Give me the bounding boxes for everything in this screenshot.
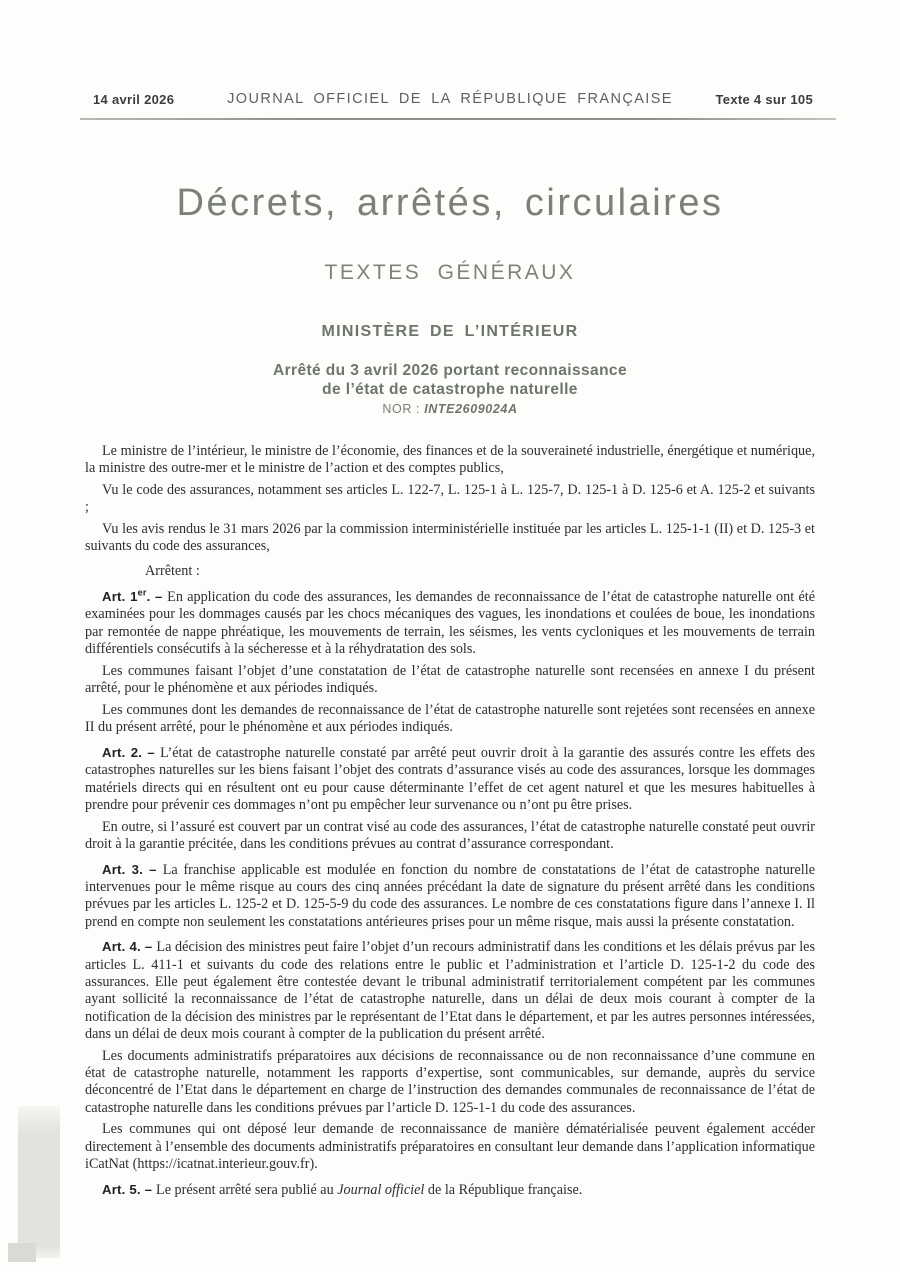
nor-line: NOR : INTE2609024A [0, 402, 900, 416]
act-title-line2: de l’état de catastrophe naturelle [322, 381, 578, 398]
ministry-title: MINISTÈRE DE L’INTÉRIEUR [0, 323, 900, 341]
article-2-label: Art. 2. – [102, 745, 160, 760]
header-texte-number: Texte 4 sur 105 [716, 92, 813, 107]
act-title-line1: Arrêté du 3 avril 2026 portant reconnais… [273, 362, 627, 379]
visa-code-assurances: Vu le code des assurances, notamment ses… [85, 482, 815, 517]
article-5: Art. 5. – Le présent arrêté sera publié … [85, 1181, 815, 1199]
article-2-al2: En outre, si l’assuré est couvert par un… [85, 819, 815, 854]
article-4-al2: Les documents administratifs préparatoir… [85, 1048, 815, 1117]
header-rule [80, 118, 836, 120]
section-title: TEXTES GÉNÉRAUX [0, 261, 900, 285]
article-4: Art. 4. – La décision des ministres peut… [85, 938, 815, 1043]
enacting-formula: Arrêtent : [85, 563, 815, 580]
article-4-al3: Les communes qui ont déposé leur demande… [85, 1121, 815, 1173]
scan-artifact-square [8, 1243, 36, 1262]
article-3-label: Art. 3. – [102, 862, 163, 877]
scan-artifact-strip [18, 1106, 60, 1258]
article-4-label: Art. 4. – [102, 939, 156, 954]
preamble-ministers: Le ministre de l’intérieur, le ministre … [85, 443, 815, 478]
document-body: Le ministre de l’intérieur, le ministre … [85, 438, 815, 1199]
article-1-label: Art. 1er. – [102, 589, 167, 604]
act-title: Arrêté du 3 avril 2026 portant reconnais… [0, 361, 900, 399]
article-1-al3: Les communes dont les demandes de reconn… [85, 702, 815, 737]
article-3: Art. 3. – La franchise applicable est mo… [85, 861, 815, 931]
visa-avis-commission: Vu les avis rendus le 31 mars 2026 par l… [85, 521, 815, 556]
nor-value: INTE2609024A [424, 402, 517, 416]
article-1: Art. 1er. – En application du code des a… [85, 588, 815, 658]
document-title: Décrets, arrêtés, circulaires [0, 182, 900, 225]
article-1-al2: Les communes faisant l’objet d’une const… [85, 663, 815, 698]
article-2: Art. 2. – L’état de catastrophe naturell… [85, 744, 815, 814]
nor-label: NOR : [382, 402, 420, 416]
article-5-label: Art. 5. – [102, 1182, 156, 1197]
